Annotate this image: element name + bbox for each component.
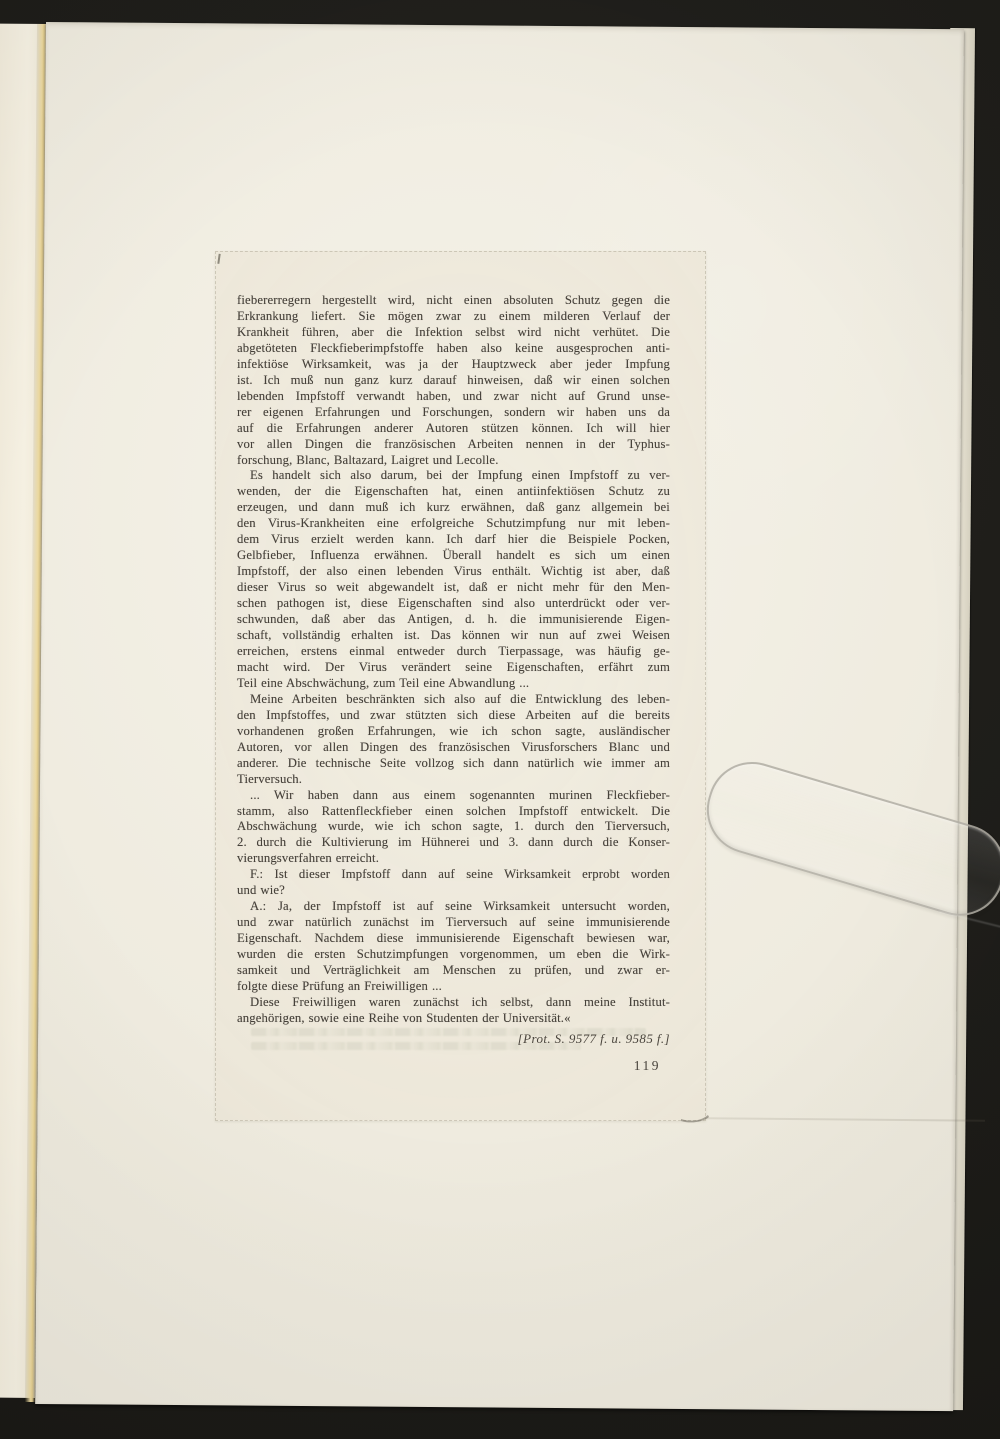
text-line: dieser Virus so weit abgewandelt ist, da… xyxy=(237,580,670,596)
text-line: anderer. Die technische Seite vollzog si… xyxy=(237,756,670,772)
text-line: Meine Arbeiten beschränkten sich also au… xyxy=(237,692,670,708)
text-line: infektiöse Wirksamkeit, was ja der Haupt… xyxy=(237,357,670,373)
text-line: abgetöteten Fleckfieberimpfstoffe haben … xyxy=(237,341,670,357)
text-line: vor allen Dingen die französischen Arbei… xyxy=(237,437,670,453)
page-curl-mark xyxy=(679,1109,711,1125)
text-line: Impfstoff, der also einen lebenden Virus… xyxy=(237,564,670,580)
text-line: erreichen, erstens einmal entweder durch… xyxy=(237,644,670,660)
text-line: den Impfstoffes, und zwar stützten sich … xyxy=(237,708,670,724)
text-line: Es handelt sich also darum, bei der Impf… xyxy=(237,468,670,484)
text-line: und zwar natürlich zunächst im Tierversu… xyxy=(237,915,670,931)
text-line: macht wird. Der Virus verändert seine Ei… xyxy=(237,660,670,676)
text-block: fiebererregern hergestellt wird, nicht e… xyxy=(237,293,670,1027)
text-line: erzeugen, und dann muß ich kurz erwähnen… xyxy=(237,500,670,516)
text-line: vorhandenen großen Erfahrungen, wie ich … xyxy=(237,724,670,740)
text-line: schen pathogen ist, diese Eigenschaften … xyxy=(237,596,670,612)
text-line: Gelbfieber, Influenza erwähnen. Überall … xyxy=(237,548,670,564)
text-line: Abschwächung wurde, wie ich schon sagte,… xyxy=(237,819,670,835)
text-line: lebenden Impfstoff verwandt haben, und z… xyxy=(237,389,670,405)
text-line: Tierversuch. xyxy=(237,772,670,788)
text-line: folgte diese Prüfung an Freiwilligen ... xyxy=(237,979,670,995)
corner-mark xyxy=(217,254,223,265)
text-line: schaft, vollständig erhalten ist. Das kö… xyxy=(237,628,670,644)
text-line: dem Virus erzielt werden kann. Ich darf … xyxy=(237,532,670,548)
text-line: wenden, der die Eigenschaften hat, einen… xyxy=(237,484,670,500)
text-line: vierungsverfahren erreicht. xyxy=(237,851,670,867)
citation: [Prot. S. 9577 f. u. 9585 f.] xyxy=(237,1031,670,1047)
text-line: Teil eine Abschwächung, zum Teil eine Ab… xyxy=(237,676,670,692)
text-line: Krankheit führen, aber die Infektion sel… xyxy=(237,325,670,341)
book-photo: fiebererregern hergestellt wird, nicht e… xyxy=(0,0,1000,1439)
page-number: 119 xyxy=(237,1058,661,1074)
text-line: wurden die ersten Schutzimpfungen vorgen… xyxy=(237,947,670,963)
text-line: ... Wir haben dann aus einem sogenannten… xyxy=(237,788,670,804)
text-line: F.: Ist dieser Impfstoff dann auf seine … xyxy=(237,867,670,883)
text-line: Erkrankung liefert. Sie mögen zwar zu ei… xyxy=(237,309,670,325)
text-line: Eigenschaft. Nachdem diese immunisierend… xyxy=(237,931,670,947)
document-insert: fiebererregern hergestellt wird, nicht e… xyxy=(215,251,706,1121)
text-line: stamm, also Rattenfleckfieber einen solc… xyxy=(237,804,670,820)
text-line: samkeit und Verträglichkeit am Menschen … xyxy=(237,963,670,979)
text-line: auf die Erfahrungen anderer Autoren stüt… xyxy=(237,421,670,437)
text-line: Autoren, vor allen Dingen des französisc… xyxy=(237,740,670,756)
text-line: und wie? xyxy=(237,883,670,899)
text-line: forschung, Blanc, Baltazard, Laigret und… xyxy=(237,453,670,469)
text-line: 2. durch die Kultivierung im Hühnerei un… xyxy=(237,835,670,851)
text-line: den Virus-Krankheiten eine erfolgreiche … xyxy=(237,516,670,532)
text-line: ist. Ich muß nun ganz kurz darauf hinwei… xyxy=(237,373,670,389)
text-line: schwunden, daß aber das Antigen, d. h. d… xyxy=(237,612,670,628)
text-line: fiebererregern hergestellt wird, nicht e… xyxy=(237,293,670,309)
text-line: Diese Freiwilligen waren zunächst ich se… xyxy=(237,995,670,1011)
text-line: A.: Ja, der Impfstoff ist auf seine Wirk… xyxy=(237,899,670,915)
text-line: rer eigenen Erfahrungen und Forschungen,… xyxy=(237,405,670,421)
